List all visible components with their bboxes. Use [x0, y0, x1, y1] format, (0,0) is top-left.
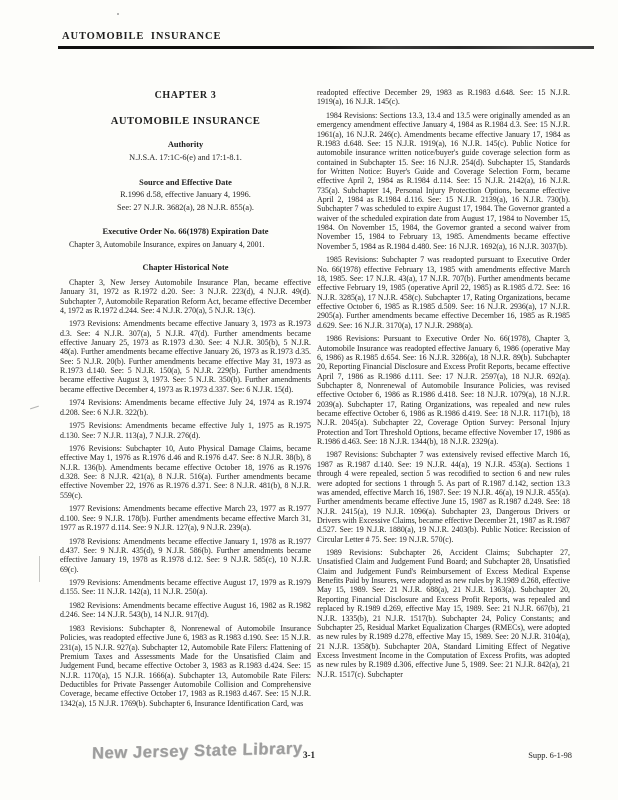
scan-artifact-dash: [30, 406, 39, 410]
source-line: See: 27 N.J.R. 3682(a), 28 N.J.R. 855(a)…: [60, 203, 311, 212]
historical-paragraph: 1979 Revisions: Amendments became effect…: [60, 578, 311, 597]
historical-paragraphs-left: Chapter 3, New Jersey Automobile Insuran…: [60, 278, 311, 708]
historical-paragraph: readopted effective December 29, 1983 as…: [317, 88, 570, 107]
scan-artifact-edge: [39, 556, 40, 582]
historical-paragraph: 1973 Revisions: Amendments became effect…: [60, 319, 311, 394]
historical-paragraph: Chapter 3, New Jersey Automobile Insuran…: [60, 278, 311, 315]
historical-paragraph: 1989 Revisions: Subchapter 26, Accident …: [317, 548, 570, 679]
right-column: readopted effective December 29, 1983 as…: [317, 88, 570, 683]
header-rule: [58, 46, 594, 49]
historical-paragraph: 1975 Revisions: Amendments became effect…: [60, 421, 311, 440]
historical-paragraph: 1984 Revisions: Sections 13.3, 13.4 and …: [317, 111, 570, 251]
expiration-text: Chapter 3, Automobile Insurance, expires…: [60, 240, 311, 249]
source-heading: Source and Effective Date: [60, 178, 311, 187]
historical-paragraph: 1983 Revisions: Subchapter 8, Nonrenewal…: [60, 624, 311, 708]
historical-paragraph: 1986 Revisions: Pursuant to Executive Or…: [317, 334, 570, 446]
source-line: R.1996 d.58, effective January 4, 1996.: [60, 190, 311, 199]
historical-paragraph: 1977 Revisions: Amendments became effect…: [60, 504, 311, 532]
historical-paragraph: 1978 Revisions: Amendments became effect…: [60, 537, 311, 574]
historical-paragraph: 1982 Revisions: Amendments became effect…: [60, 601, 311, 620]
authority-heading: Authority: [60, 140, 311, 149]
historical-note-heading: Chapter Historical Note: [60, 263, 311, 272]
chapter-number: CHAPTER 3: [60, 90, 311, 101]
authority-citation: N.J.S.A. 17:1C-6(e) and 17:1-8.1.: [60, 153, 311, 162]
historical-paragraph: 1974 Revisions: Amendments became effect…: [60, 398, 311, 417]
document-page: AUTOMOBILE INSURANCE CHAPTER 3 AUTOMOBIL…: [0, 0, 618, 800]
page-number: 3-1: [0, 750, 618, 760]
expiration-heading: Executive Order No. 66(1978) Expiration …: [60, 227, 311, 236]
supplement-date: Supp. 6-1-98: [528, 751, 572, 760]
left-column: CHAPTER 3 AUTOMOBILE INSURANCE Authority…: [60, 88, 311, 712]
historical-paragraph: 1987 Revisions: Subchapter 7 was extensi…: [317, 450, 570, 543]
running-header-title: AUTOMOBILE INSURANCE: [62, 31, 221, 42]
historical-paragraphs-right: readopted effective December 29, 1983 as…: [317, 88, 570, 679]
historical-paragraph: 1985 Revisions: Subchapter 7 was readopt…: [317, 255, 570, 330]
chapter-title: AUTOMOBILE INSURANCE: [60, 116, 311, 127]
historical-paragraph: 1976 Revisions: Subchapter 10, Auto Phys…: [60, 444, 311, 500]
scan-artifact-dot: [117, 13, 119, 15]
